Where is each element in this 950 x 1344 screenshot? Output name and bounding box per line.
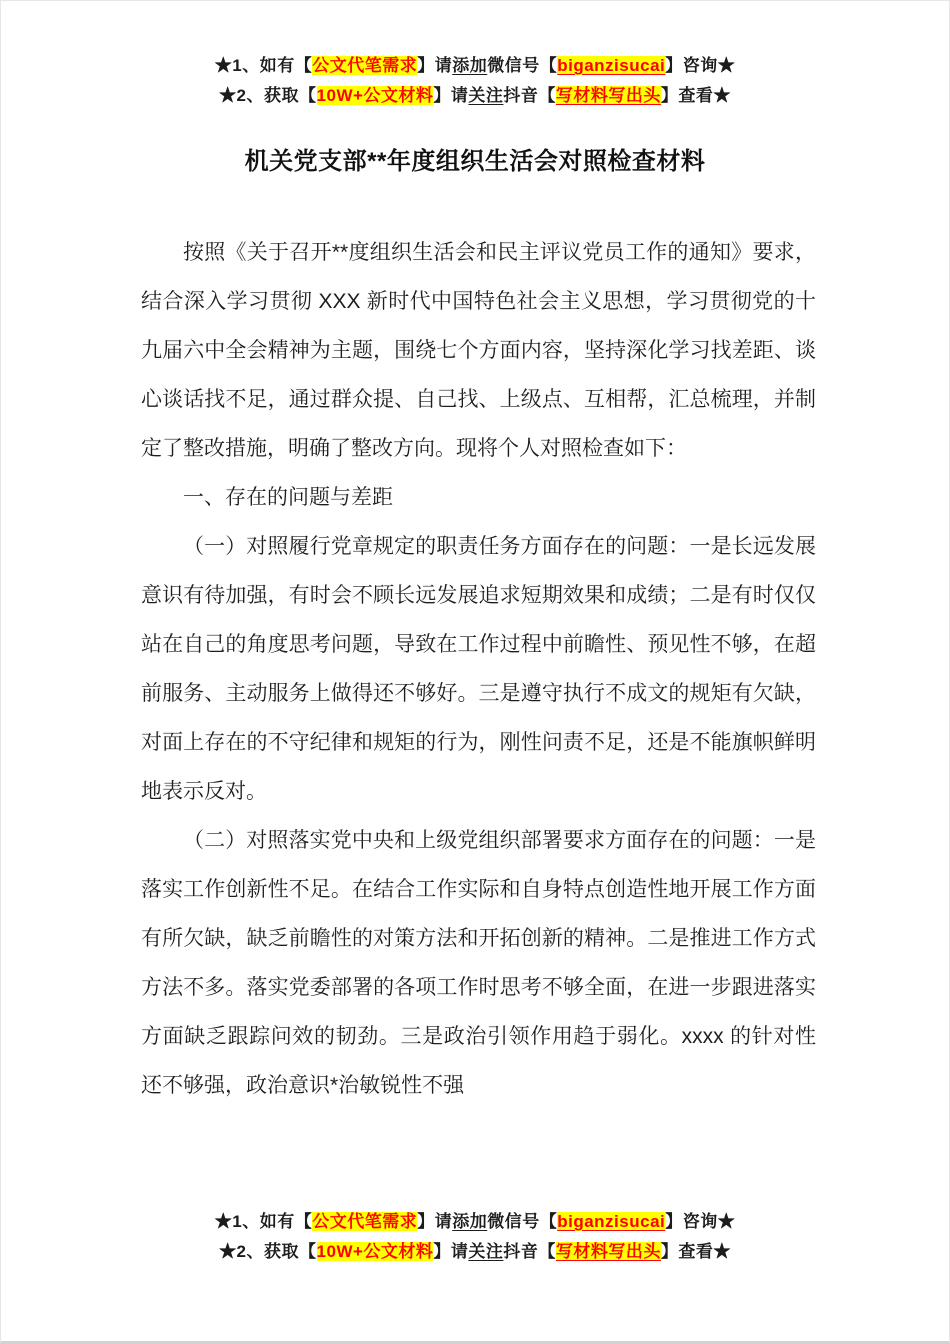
promo-highlight-text: 写材料写出头 [556, 86, 661, 105]
promo-text: ★2、获取【 [219, 86, 316, 105]
promo-highlight-text: 10W+公文材料 [317, 86, 434, 105]
promo-highlight-text: 公文代笔需求 [312, 1212, 417, 1231]
promo-highlight-text: biganzisucai [557, 1212, 665, 1231]
promo-text: 】咨询★ [665, 56, 735, 75]
paragraph: 按照《关于召开**度组织生活会和民主评议党员工作的通知》要求，结合深入学习贯彻 … [141, 228, 816, 473]
paragraph: （二）对照落实党中央和上级党组织部署要求方面存在的问题：一是落实工作创新性不足。… [141, 816, 816, 1110]
promo-text: 添加 [452, 56, 487, 75]
footer-promo-line-1: ★1、如有【公文代笔需求】请添加微信号【biganzisucai】咨询★ [1, 1207, 949, 1237]
promo-text: 抖音【 [503, 86, 556, 105]
document-page: ★1、如有【公文代笔需求】请添加微信号【biganzisucai】咨询★ ★2、… [0, 0, 950, 1344]
promo-text: 】查看★ [661, 1242, 731, 1261]
paragraph: （一）对照履行党章规定的职责任务方面存在的问题：一是长远发展意识有待加强，有时会… [141, 522, 816, 816]
header-promo-line-2: ★2、获取【10W+公文材料】请关注抖音【写材料写出头】查看★ [1, 81, 949, 111]
promo-text: 微信号【 [487, 56, 557, 75]
promo-highlight-text: 写材料写出头 [556, 1242, 661, 1261]
document-body: 按照《关于召开**度组织生活会和民主评议党员工作的通知》要求，结合深入学习贯彻 … [141, 228, 816, 1110]
promo-highlight-text: biganzisucai [557, 56, 665, 75]
promo-text: 】请 [417, 1212, 452, 1231]
promo-text: 微信号【 [487, 1212, 557, 1231]
promo-text: 抖音【 [503, 1242, 556, 1261]
promo-text: 】请 [433, 1242, 468, 1261]
promo-text: 】咨询★ [665, 1212, 735, 1231]
promo-text: ★1、如有【 [215, 1212, 312, 1231]
promo-text: 关注 [468, 86, 503, 105]
promo-text: 】查看★ [661, 86, 731, 105]
document-title: 机关党支部**年度组织生活会对照检查材料 [1, 141, 949, 176]
footer-promo-line-2: ★2、获取【10W+公文材料】请关注抖音【写材料写出头】查看★ [1, 1237, 949, 1267]
header-promo: ★1、如有【公文代笔需求】请添加微信号【biganzisucai】咨询★ ★2、… [1, 1, 949, 111]
header-promo-line-1: ★1、如有【公文代笔需求】请添加微信号【biganzisucai】咨询★ [1, 51, 949, 81]
promo-highlight-text: 10W+公文材料 [317, 1242, 434, 1261]
footer-promo: ★1、如有【公文代笔需求】请添加微信号【biganzisucai】咨询★ ★2、… [1, 1207, 949, 1341]
promo-text: 】请 [417, 56, 452, 75]
promo-text: 关注 [468, 1242, 503, 1261]
promo-text: 】请 [433, 86, 468, 105]
promo-highlight-text: 公文代笔需求 [312, 56, 417, 75]
section-heading: 一、存在的问题与差距 [141, 473, 816, 522]
promo-text: ★1、如有【 [215, 56, 312, 75]
promo-text: 添加 [452, 1212, 487, 1231]
promo-text: ★2、获取【 [219, 1242, 316, 1261]
